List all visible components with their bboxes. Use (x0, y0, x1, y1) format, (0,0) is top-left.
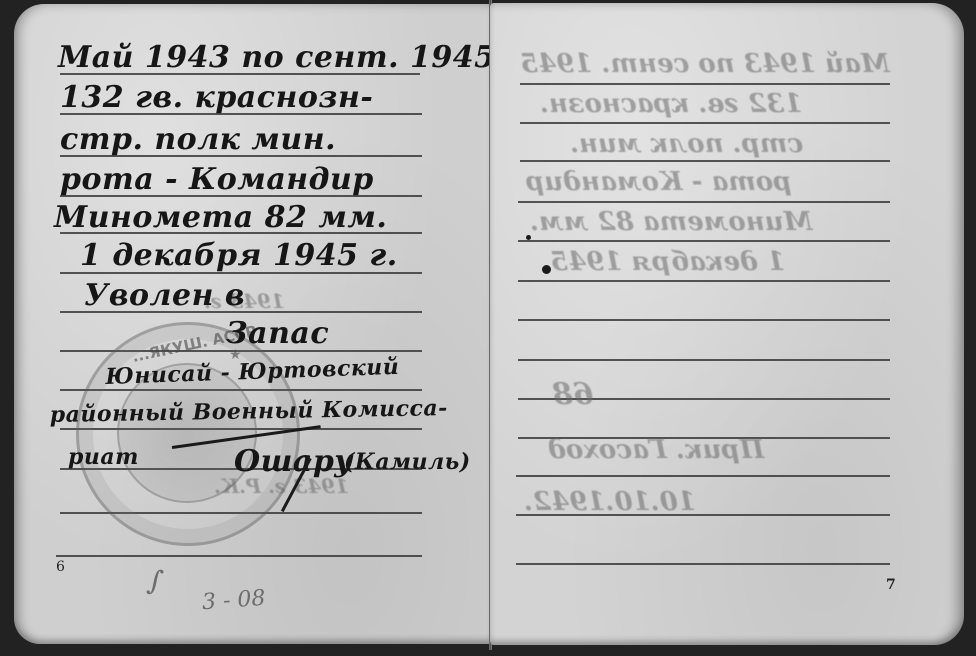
signature-line-commissariat: районный Военный Комисса- (50, 395, 448, 428)
mirrored-offset-line: 132 гв. краснозн. (540, 89, 802, 119)
handwritten-entry-position: Миномета 82 мм. (54, 200, 387, 235)
signature-line-riat: риат (68, 444, 139, 470)
ruled-line (520, 83, 890, 85)
handwritten-entry-discharge-date: 1 декабря 1945 г. (80, 238, 398, 273)
ruled-line (518, 201, 890, 203)
ruled-line (56, 555, 422, 557)
page-number: 7 (886, 577, 896, 593)
pencil-note: 3 - 08 (201, 586, 266, 615)
right-page: Май 1943 по сент. 1945 132 гв. краснозн.… (490, 3, 964, 645)
handwritten-entry-discharged: Уволен в (84, 278, 245, 313)
mirrored-offset-line: 68 (552, 377, 594, 412)
mirrored-offset-line: стр. полк мин. (570, 129, 803, 159)
ink-spot (526, 235, 531, 240)
ruled-line (518, 280, 890, 282)
mirrored-offset-line: 1 декабря 1945 (550, 247, 785, 277)
handwritten-entry-service-period: Май 1943 по сент. 1945 (58, 40, 492, 75)
ruled-line (516, 563, 890, 565)
handwritten-entry-regiment: 132 гв. краснозн- (60, 80, 373, 115)
handwritten-entry-reserve: Запас (226, 316, 329, 351)
mirrored-offset-line: Миномета 82 мм. (530, 207, 812, 237)
ruled-line (518, 359, 890, 361)
signature-name: (Камиль) (344, 449, 471, 475)
handwritten-entry-company: рота - Командир (60, 162, 374, 197)
pencil-mark: ∫ (145, 563, 165, 598)
ruled-line (520, 122, 890, 124)
page-number: 6 (56, 559, 65, 575)
handwritten-entry-unit: стр. полк мин. (60, 122, 336, 157)
signature: Ошару (234, 444, 353, 479)
ruled-line (516, 475, 890, 477)
mirrored-offset-line: Прик. Гасоход (548, 435, 764, 465)
mirrored-offset-line: 10.10.1942. (524, 487, 696, 517)
ruled-line (518, 319, 890, 321)
left-page: 1943 г. 1943 г. Р.К. ...ЯКУШ. АССР ★ Май… (14, 4, 492, 644)
ruled-line (518, 240, 890, 242)
ruled-line (520, 160, 890, 162)
mirrored-offset-line: рота - Командир (526, 167, 791, 197)
ink-spot (542, 265, 551, 274)
mirrored-offset-line: Май 1943 по сент. 1945 (520, 49, 890, 79)
